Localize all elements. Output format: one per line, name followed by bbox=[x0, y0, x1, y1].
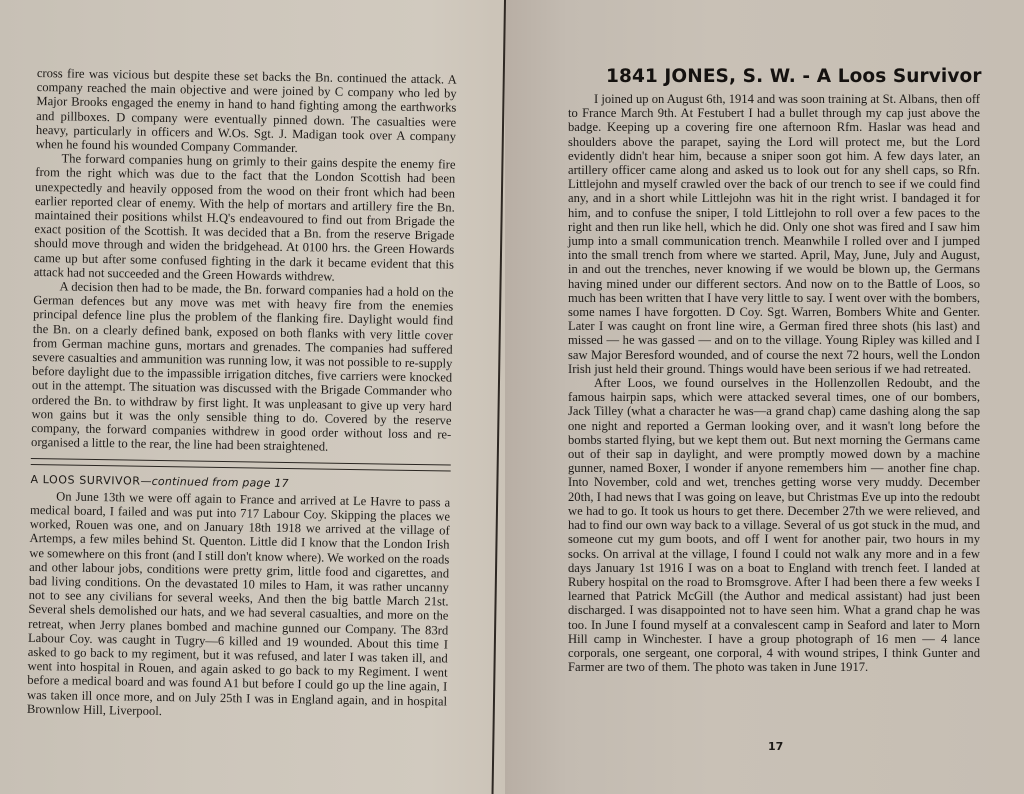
article-title: 1841 JONES, S. W. - A Loos Survivor bbox=[606, 66, 946, 87]
body-paragraph: The forward companies hung on grimly to … bbox=[34, 151, 456, 285]
left-page-text: cross fire was vicious but despite these… bbox=[27, 66, 457, 722]
body-paragraph: After Loos, we found ourselves in the Ho… bbox=[568, 376, 980, 674]
body-paragraph: A decision then had to be made, the Bn. … bbox=[31, 279, 454, 456]
continued-from-note: —continued from page 17 bbox=[140, 475, 288, 490]
body-paragraph: cross fire was vicious but despite these… bbox=[36, 66, 457, 158]
right-page-text: I joined up on August 6th, 1914 and was … bbox=[568, 92, 980, 674]
page-number: 17 bbox=[768, 740, 783, 753]
book-spread: cross fire was vicious but despite these… bbox=[0, 0, 1024, 794]
section-divider bbox=[31, 458, 451, 472]
continued-heading-title: A LOOS SURVIVOR bbox=[30, 473, 140, 488]
continued-paragraph: On June 13th we were off again to France… bbox=[27, 489, 451, 723]
body-paragraph: I joined up on August 6th, 1914 and was … bbox=[568, 92, 980, 376]
